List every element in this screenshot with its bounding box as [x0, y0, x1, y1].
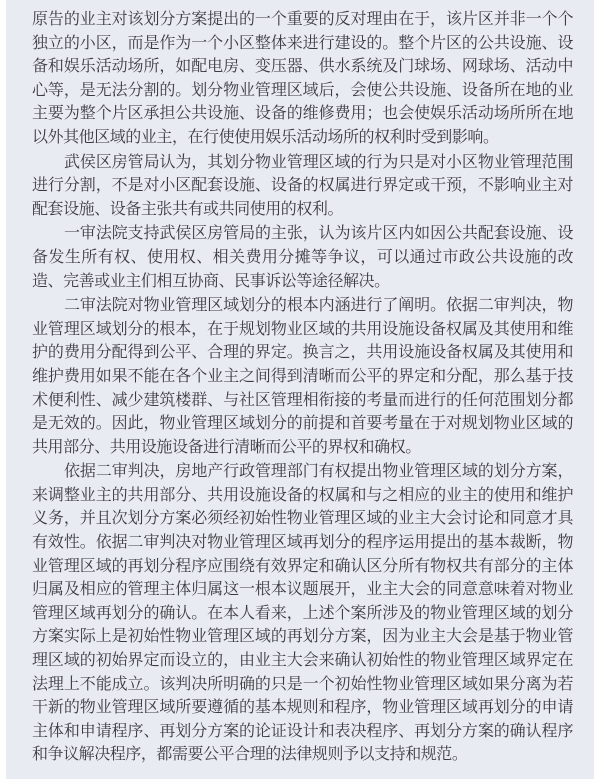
paragraph-plaintiff-objection: 原告的业主对该划分方案提出的一个重要的反对理由在于，该片区并非一个个独立的小区，…: [32, 7, 573, 149]
paragraph-author-analysis: 依据二审判决，房地产行政管理部门有权提出物业管理区域的划分方案，来调整业主的共用…: [32, 459, 573, 766]
paragraph-first-instance-court: 一审法院支持武侯区房管局的主张，认为该片区内如因公共配套设施、设备发生所有权、使…: [32, 221, 573, 292]
paragraph-housing-bureau-opinion: 武侯区房管局认为，其划分物业管理区域的行为只是对小区物业管理范围进行分割，不是对…: [32, 150, 573, 221]
document-page: 原告的业主对该划分方案提出的一个重要的反对理由在于，该片区并非一个个独立的小区，…: [0, 0, 600, 779]
article-body: 原告的业主对该划分方案提出的一个重要的反对理由在于，该片区并非一个个独立的小区，…: [6, 0, 594, 779]
paragraph-second-instance-court: 二审法院对物业管理区域划分的根本内涵进行了阐明。依据二审判决，物业管理区域划分的…: [32, 293, 573, 458]
